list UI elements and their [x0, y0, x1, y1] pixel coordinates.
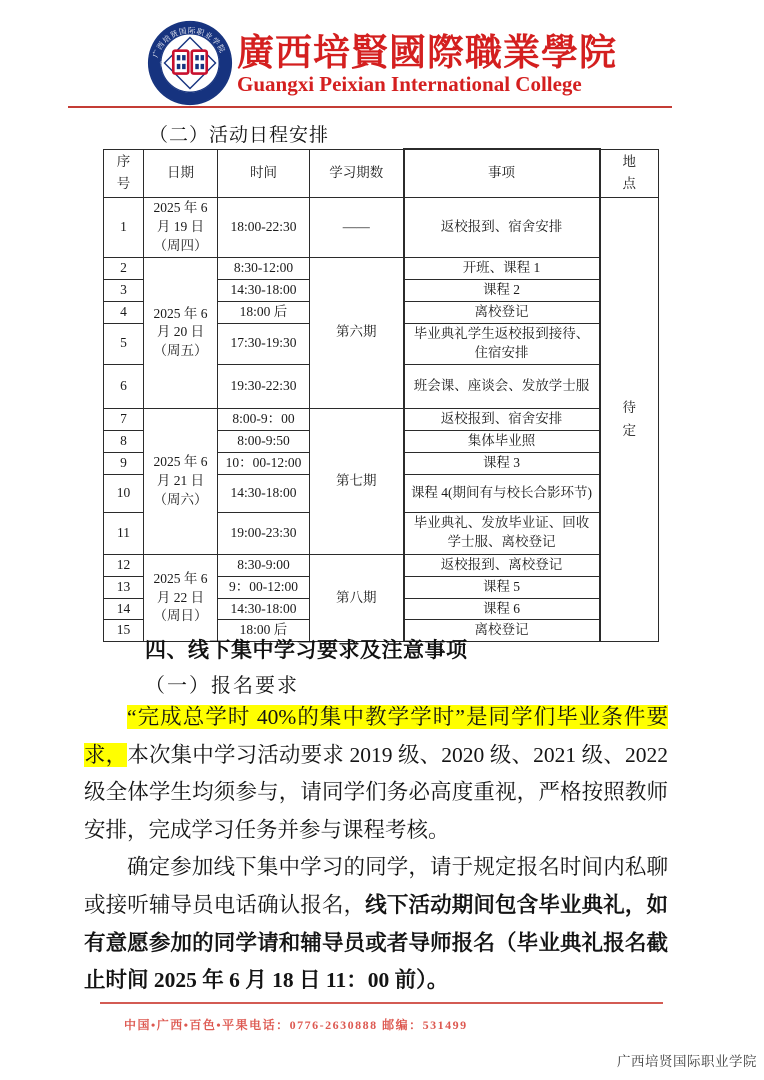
- footer-watermark: 广西培贤国际职业学院: [617, 1050, 757, 1070]
- col-header-seq: 序号: [104, 149, 144, 198]
- cell-time: 8:00-9:50: [218, 430, 310, 452]
- cell-period: 第八期: [310, 554, 404, 642]
- cell-seq: 12: [104, 554, 144, 576]
- table-row: 12 2025 年 6 月 22 日（周日） 8:30-9:00 第八期 返校报…: [104, 554, 659, 576]
- cell-time: 18:00-22:30: [218, 198, 310, 258]
- cell-time: 19:30-22:30: [218, 364, 310, 408]
- cell-seq: 5: [104, 324, 144, 365]
- col-header-period: 学习期数: [310, 149, 404, 198]
- table-header-row: 序号 日期 时间 学习期数 事项 地点: [104, 149, 659, 198]
- col-header-time: 时间: [218, 149, 310, 198]
- table-row: 1 2025 年 6 月 19 日（周四） 18:00-22:30 —— 返校报…: [104, 198, 659, 258]
- requirements-body: “完成总学时 40%的集中教学学时”是同学们毕业条件要求，本次集中学习活动要求 …: [84, 699, 668, 1000]
- signup-subheading: （一）报名要求: [145, 669, 299, 698]
- cell-seq: 13: [104, 576, 144, 598]
- cell-item: 毕业典礼、发放毕业证、回收学士服、离校登记: [404, 512, 600, 554]
- college-name-en: Guangxi Peixian International College: [237, 72, 582, 97]
- cell-seq: 7: [104, 408, 144, 430]
- col-header-item: 事项: [404, 149, 600, 198]
- cell-period: 第七期: [310, 408, 404, 554]
- cell-item: 课程 5: [404, 576, 600, 598]
- cell-seq: 6: [104, 364, 144, 408]
- paragraph-signup-requirement: “完成总学时 40%的集中教学学时”是同学们毕业条件要求，本次集中学习活动要求 …: [84, 699, 668, 849]
- cell-date: 2025 年 6 月 21 日（周六）: [144, 408, 218, 554]
- cell-seq: 3: [104, 280, 144, 302]
- cell-date: 2025 年 6 月 20 日（周五）: [144, 258, 218, 409]
- cell-item: 返校报到、宿舍安排: [404, 408, 600, 430]
- cell-period: ——: [310, 198, 404, 258]
- cell-time: 14:30-18:00: [218, 474, 310, 512]
- cell-seq: 14: [104, 598, 144, 620]
- cell-time: 10：00-12:00: [218, 452, 310, 474]
- cell-item: 离校登记: [404, 302, 600, 324]
- cell-date: 2025 年 6 月 19 日（周四）: [144, 198, 218, 258]
- cell-item: 毕业典礼学生返校报到接待、住宿安排: [404, 324, 600, 365]
- cell-date: 2025 年 6 月 22 日（周日）: [144, 554, 218, 642]
- schedule-section-title: （二）活动日程安排: [149, 120, 329, 147]
- header-divider: [68, 106, 672, 108]
- footer-divider: [100, 1002, 663, 1004]
- schedule-table: 序号 日期 时间 学习期数 事项 地点 1 2025 年 6 月 19 日（周四…: [103, 148, 659, 642]
- cell-seq: 1: [104, 198, 144, 258]
- requirement-normal-text: 本次集中学习活动要求 2019 级、2020 级、2021 级、2022 级全体…: [84, 743, 668, 842]
- cell-time: 9：00-12:00: [218, 576, 310, 598]
- col-header-location: 地点: [600, 149, 659, 198]
- cell-item: 开班、课程 1: [404, 258, 600, 280]
- cell-item: 课程 4(期间有与校长合影环节): [404, 474, 600, 512]
- cell-seq: 4: [104, 302, 144, 324]
- cell-seq: 8: [104, 430, 144, 452]
- college-name-cn: 廣西培賢國際職業學院: [237, 22, 617, 76]
- paragraph-confirmation: 确定参加线下集中学习的同学，请于规定报名时间内私聊或接听辅导员电话确认报名，线下…: [84, 849, 668, 999]
- table-row: 2 2025 年 6 月 20 日（周五） 8:30-12:00 第六期 开班、…: [104, 258, 659, 280]
- footer-contact: 中国•广西•百色•平果电话：0776-2630888 邮编：531499: [124, 1016, 468, 1033]
- cell-location: 待定: [600, 198, 659, 642]
- requirements-heading: 四、线下集中学习要求及注意事项: [145, 634, 468, 664]
- cell-time: 18:00 后: [218, 302, 310, 324]
- cell-time: 14:30-18:00: [218, 598, 310, 620]
- cell-seq: 9: [104, 452, 144, 474]
- cell-item: 返校报到、离校登记: [404, 554, 600, 576]
- document-page: 广西培贤国际职业学院 GUANGXI PEIXIAN INTERNATIONAL…: [0, 0, 764, 1080]
- college-logo-icon: 广西培贤国际职业学院 GUANGXI PEIXIAN INTERNATIONAL…: [146, 19, 234, 107]
- cell-seq: 11: [104, 512, 144, 554]
- cell-seq: 15: [104, 620, 144, 642]
- cell-item: 课程 2: [404, 280, 600, 302]
- cell-time: 8:00-9：00: [218, 408, 310, 430]
- cell-seq: 2: [104, 258, 144, 280]
- cell-seq: 10: [104, 474, 144, 512]
- cell-time: 8:30-12:00: [218, 258, 310, 280]
- cell-item: 集体毕业照: [404, 430, 600, 452]
- cell-item: 课程 3: [404, 452, 600, 474]
- cell-time: 14:30-18:00: [218, 280, 310, 302]
- cell-time: 8:30-9:00: [218, 554, 310, 576]
- cell-time: 17:30-19:30: [218, 324, 310, 365]
- cell-period: 第六期: [310, 258, 404, 409]
- cell-time: 19:00-23:30: [218, 512, 310, 554]
- cell-item: 返校报到、宿舍安排: [404, 198, 600, 258]
- col-header-date: 日期: [144, 149, 218, 198]
- cell-item: 班会课、座谈会、发放学士服: [404, 364, 600, 408]
- cell-item: 课程 6: [404, 598, 600, 620]
- table-row: 7 2025 年 6 月 21 日（周六） 8:00-9：00 第七期 返校报到…: [104, 408, 659, 430]
